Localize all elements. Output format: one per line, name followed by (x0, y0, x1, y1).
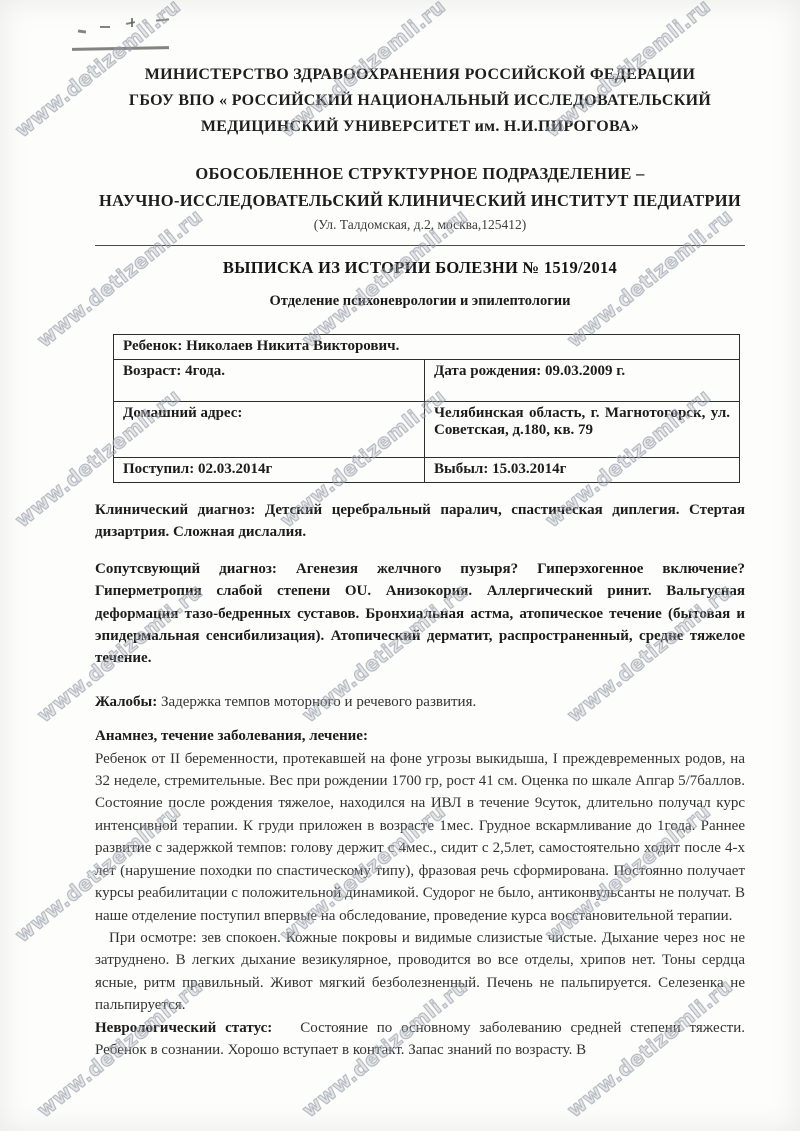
anamnesis-heading: Анамнез, течение заболевания, лечение: (95, 725, 745, 747)
division-line-1: ОБОСОБЛЕННОЕ СТРУКТУРНОЕ ПОДРАЗДЕЛЕНИЕ – (95, 160, 745, 187)
neurological-status-label: Неврологический статус: (95, 1020, 272, 1036)
concomitant-diagnosis: Сопутсвующий диагноз: Агенезия желчного … (95, 558, 745, 670)
anamnesis-paragraph-1: Ребенок от II беременности, протекавшей … (95, 748, 745, 927)
neurological-status: Неврологический статус:Состояние по осно… (95, 1017, 745, 1062)
ministry-line-1: МИНИСТЕРСТВО ЗДРАВООХРАНЕНИЯ РОССИЙСКОЙ … (95, 62, 745, 88)
complaints-text: Задержка темпов моторного и речевого раз… (161, 694, 476, 710)
scanned-document-page: МИНИСТЕРСТВО ЗДРАВООХРАНЕНИЯ РОССИЙСКОЙ … (0, 0, 800, 1131)
department-subtitle: Отделение психоневрологии и эпилептологи… (95, 293, 745, 310)
ministry-header: МИНИСТЕРСТВО ЗДРАВООХРАНЕНИЯ РОССИЙСКОЙ … (95, 62, 745, 140)
home-address-value-cell: Челябинская область, г. Магнотогорск, ул… (425, 402, 740, 458)
clinical-diagnosis-label: Клинический диагноз: (95, 502, 255, 518)
clinical-diagnosis: Клинический диагноз: Детский церебральны… (95, 499, 745, 544)
horizontal-rule (95, 245, 745, 246)
division-header: ОБОСОБЛЕННОЕ СТРУКТУРНОЕ ПОДРАЗДЕЛЕНИЕ –… (95, 160, 745, 214)
table-row-child: Ребенок: Николаев Никита Викторович. (114, 335, 740, 360)
birth-date-cell: Дата рождения: 09.03.2009 г. (425, 360, 740, 402)
complaints: Жалобы: Задержка темпов моторного и рече… (95, 691, 745, 713)
anamnesis-paragraph-2: При осмотре: зев спокоен. Кожные покровы… (95, 927, 745, 1017)
table-row-address: Домашний адрес: Челябинская область, г. … (114, 402, 740, 458)
ministry-line-2: ГБОУ ВПО « РОССИЙСКИЙ НАЦИОНАЛЬНЫЙ ИССЛЕ… (95, 88, 745, 114)
age-cell: Возраст: 4года. (114, 360, 425, 402)
patient-info-table: Ребенок: Николаев Никита Викторович. Воз… (113, 334, 740, 483)
child-name-cell: Ребенок: Николаев Никита Викторович. (114, 335, 740, 360)
admitted-cell: Поступил: 02.03.2014г (114, 458, 425, 483)
table-row-age: Возраст: 4года. Дата рождения: 09.03.200… (114, 360, 740, 402)
table-row-dates: Поступил: 02.03.2014г Выбыл: 15.03.2014г (114, 458, 740, 483)
document-body: Клинический диагноз: Детский церебральны… (95, 499, 745, 1061)
document-title: ВЫПИСКА ИЗ ИСТОРИИ БОЛЕЗНИ № 1519/2014 (95, 258, 745, 278)
home-address-label-cell: Домашний адрес: (114, 402, 425, 458)
institute-address: (Ул. Талдомская, д.2, москва,125412) (95, 217, 745, 233)
ministry-line-3: МЕДИЦИНСКИЙ УНИВЕРСИТЕТ им. Н.И.ПИРОГОВА… (95, 114, 745, 140)
concomitant-diagnosis-label: Сопутсвующий диагноз: (95, 561, 277, 577)
complaints-label: Жалобы: (95, 694, 157, 710)
division-line-2: НАУЧНО-ИССЛЕДОВАТЕЛЬСКИЙ КЛИНИЧЕСКИЙ ИНС… (95, 187, 745, 214)
discharged-cell: Выбыл: 15.03.2014г (425, 458, 740, 483)
